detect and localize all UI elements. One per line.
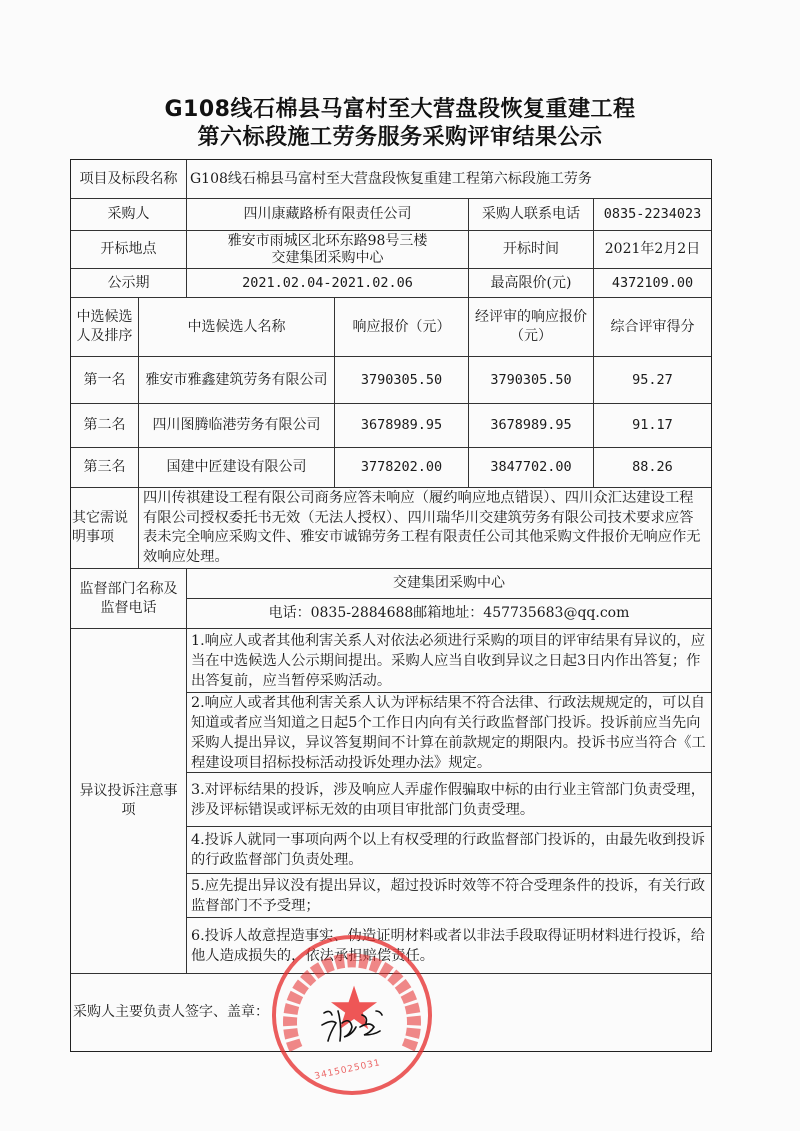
complaint-item-1: 1.响应人或者其他利害关系人对依法必须进行采购的项目的评审结果有异议的，应当在中… <box>187 629 711 693</box>
location-label: 开标地点 <box>71 231 187 269</box>
candidate-1-bid: 3790305.50 <box>335 357 469 404</box>
project-value: G108线石棉县马富村至大营盘段恢复重建工程第六标段施工劳务 <box>187 160 711 199</box>
phone-value: 0835-2234023 <box>594 199 711 231</box>
document-title-line1: G108线石棉县马富村至大营盘段恢复重建工程 <box>0 92 800 123</box>
complaint-item-4: 4.投诉人就同一事项向两个以上有权受理的行政监督部门投诉的，由最先收到投诉的行政… <box>187 827 711 874</box>
phone-label: 采购人联系电话 <box>469 199 594 231</box>
candidate-1-reviewed-bid: 3790305.50 <box>469 357 594 404</box>
project-label: 项目及标段名称 <box>71 160 187 199</box>
max-price-label: 最高限价(元) <box>469 269 594 298</box>
open-time-value: 2021年2月2日 <box>594 231 711 269</box>
max-price-value: 4372109.00 <box>594 269 711 298</box>
location-value: 雅安市雨城区北环东路98号三楼 交建集团采购中心 <box>187 231 469 269</box>
candidate-2-reviewed-bid: 3678989.95 <box>469 404 594 448</box>
location-line2: 交建集团采购中心 <box>272 250 384 267</box>
open-time-label: 开标时间 <box>469 231 594 269</box>
candidate-1-rank: 第一名 <box>71 357 139 404</box>
header-rank: 中选候选人及排序 <box>71 298 139 357</box>
candidate-3-bid: 3778202.00 <box>335 448 469 488</box>
complaints-label: 异议投诉注意事项 <box>71 629 187 974</box>
remarks-label: 其它需说明事项 <box>71 488 139 569</box>
publicity-label: 公示期 <box>71 269 187 298</box>
location-line1: 雅安市雨城区北环东路98号三楼 <box>228 233 428 250</box>
candidate-2-rank: 第二名 <box>71 404 139 448</box>
candidate-3-name: 国建中匠建设有限公司 <box>139 448 335 488</box>
candidate-2-bid: 3678989.95 <box>335 404 469 448</box>
publicity-value: 2021.02.04-2021.02.06 <box>187 269 469 298</box>
supervision-contact: 电话：0835-2884688邮箱地址：457735683@qq.com <box>187 599 711 629</box>
candidate-1-name: 雅安市雅鑫建筑劳务有限公司 <box>139 357 335 404</box>
candidate-2-name: 四川图腾临港劳务有限公司 <box>139 404 335 448</box>
complaint-item-2: 2.响应人或者其他利害关系人认为评标结果不符合法律、行政法规规定的，可以自知道或… <box>187 693 711 773</box>
remarks-text: 四川传祺建设工程有限公司商务应答未响应（履约响应地点错误）、四川众汇达建设工程有… <box>139 488 711 569</box>
header-reviewed-bid: 经评审的响应报价（元） <box>469 298 594 357</box>
header-score: 综合评审得分 <box>594 298 711 357</box>
purchaser-value: 四川康藏路桥有限责任公司 <box>187 199 469 231</box>
results-table: 项目及标段名称 G108线石棉县马富村至大营盘段恢复重建工程第六标段施工劳务 采… <box>70 159 712 1052</box>
seal-code: 3415025031 <box>314 1058 382 1082</box>
signature-label: 采购人主要负责人签字、盖章： <box>71 974 711 1051</box>
purchaser-label: 采购人 <box>71 199 187 231</box>
complaint-item-5: 5.应先提出异议没有提出异议，超过投诉时效等不符合受理条件的投诉，有关行政监督部… <box>187 874 711 918</box>
complaint-item-6: 6.投诉人故意捏造事实、伪造证明材料或者以非法手段取得证明材料进行投诉，给他人造… <box>187 918 711 974</box>
candidate-3-rank: 第三名 <box>71 448 139 488</box>
supervision-label: 监督部门名称及监督电话 <box>71 569 187 629</box>
candidate-3-score: 88.26 <box>594 448 711 488</box>
header-name: 中选候选人名称 <box>139 298 335 357</box>
complaint-item-3: 3.对评标结果的投诉，涉及响应人弄虚作假骗取中标的由行业主管部门负责受理，涉及评… <box>187 773 711 827</box>
header-bid: 响应报价（元） <box>335 298 469 357</box>
candidate-1-score: 95.27 <box>594 357 711 404</box>
candidate-2-score: 91.17 <box>594 404 711 448</box>
candidate-3-reviewed-bid: 3847702.00 <box>469 448 594 488</box>
supervision-dept: 交建集团采购中心 <box>187 569 711 599</box>
document-title-line2: 第六标段施工劳务服务采购评审结果公示 <box>0 120 800 151</box>
